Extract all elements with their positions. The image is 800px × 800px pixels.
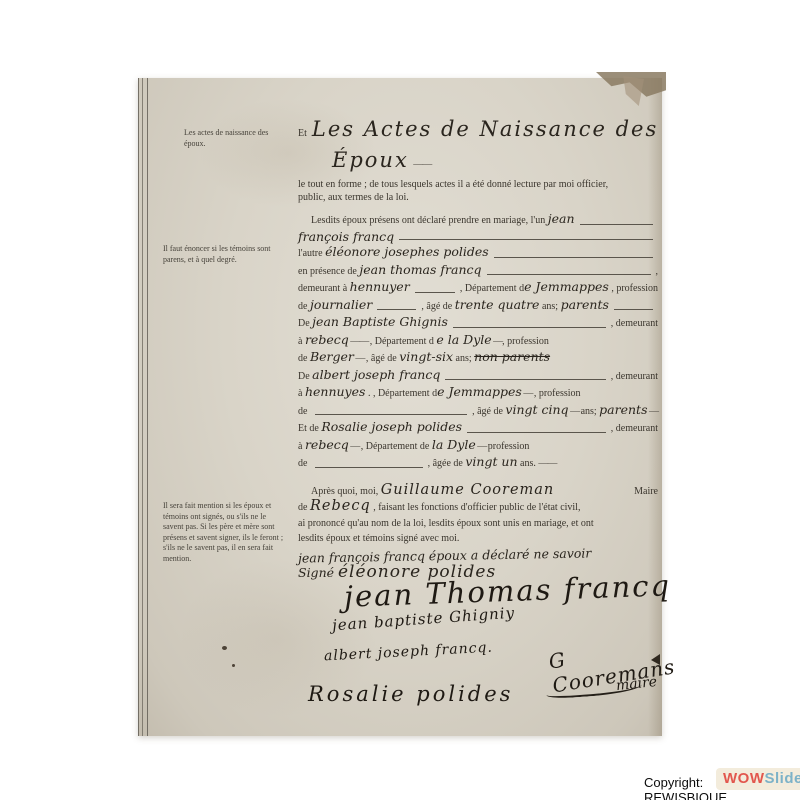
printed-text: l'autre [298,246,325,262]
printed-text: Et [298,121,312,147]
body-line: lesdits époux et témoins signé avec moi. [298,531,658,547]
handwritten-text: Guillaume Cooreman [381,483,555,499]
ink-speck [232,664,235,667]
header-line-1: Et Les Actes de Naissance des [298,116,658,147]
handwritten-text: jean thomas francq [359,262,481,278]
filler-dash: —— [409,152,432,178]
printed-text: , demeurant [611,421,658,437]
printed-text: , demeurant [611,316,658,332]
handwritten-text: rebecq [305,332,349,348]
body-line: de , âgé de vingt cinq — ans; parents — [298,402,658,420]
filler-dash: — [354,351,366,367]
printed-text: Maire [634,484,658,500]
printed-text: ans; [453,351,474,367]
handwritten-text: la Dyle [432,437,476,453]
printed-text: , âgée de [428,456,466,472]
printed-text: , profession [609,281,658,297]
printed-text: , faisant les fonctions d'officier publi… [371,500,581,516]
margin-note: Il sera fait mention si les époux et tém… [163,501,287,564]
filler-line [614,309,653,310]
margin-note: Les actes de naissance des époux. [184,128,274,149]
printed-text: , profession [502,334,549,350]
handwritten-text: albert joseph francq. [324,640,494,664]
body-line: françois francq [298,229,658,245]
filler-dash: — [349,439,361,455]
printed-text: Lesdits époux présens ont déclaré prendr… [311,213,548,229]
filler-dash: — [492,334,503,350]
margin-note: Il faut énoncer si les témoins sont pare… [163,244,285,265]
handwritten-text: e Jemmappes [524,279,609,295]
handwritten-text: jean [548,211,575,227]
printed-text: ans; [539,299,560,315]
printed-text: profession [488,439,530,455]
body-line: Et de Rosalie joseph polides, demeurant [298,419,658,437]
printed-text: de [298,404,310,420]
printed-text: , Département d [370,334,437,350]
filler-dash: — [522,386,534,402]
printed-text: le tout en forme ; de tous lesquels acte… [298,178,608,191]
filler-line [487,274,651,275]
copyright-text: Copyright: REWISBIQUE [644,775,727,800]
scanned-document: Les actes de naissance des époux.Il faut… [138,78,662,736]
printed-text: public, aux termes de la loi. [298,191,409,204]
filler-line [580,224,654,225]
document-lines: Et Les Actes de Naissance desÉpoux ——le … [298,116,658,715]
printed-text: à [298,386,305,402]
handwritten-text: journalier [310,297,372,313]
printed-text: à [298,334,305,350]
handwritten-text: trente quatre [455,297,540,313]
handwritten-text: jean Baptiste Ghignis [312,314,448,330]
binding-edge [138,78,150,736]
handwritten-text: Rebecq [310,499,371,515]
printed-text: De [298,316,312,332]
header-line-2: Époux —— [298,147,658,178]
filler-line [399,239,653,240]
filler-dash: — [476,439,488,455]
body-line: de , âgée de vingt un ans. —— [298,454,658,472]
handwritten-text: rebecq [305,437,349,453]
slideshow-frame: Les actes de naissance des époux.Il faut… [0,0,800,800]
wowslider-wow-text: WOW [723,770,764,787]
printed-text: Et de [298,421,321,437]
body-line: demeurant à hennuyer, Département de Jem… [298,279,658,297]
printed-text: , Département d [460,281,524,297]
handwritten-text: Rosalie joseph polides [321,419,462,435]
printed-text: , demeurant [611,369,658,385]
printed-text: à [298,439,305,455]
body-line: public, aux termes de la loi. [298,191,658,204]
printed-text: , profession [534,386,581,402]
printed-text: de [298,500,310,516]
filler-line [315,467,423,468]
hand-declaration: jean françois francq époux a déclaré ne … [298,547,658,564]
filler-line [315,414,467,415]
body-line: l'autre éléonore josephes polides [298,244,658,262]
handwritten-text: jean Thomas francq [344,578,671,605]
printed-text: , âgé de [366,351,399,367]
body-line: le tout en forme ; de tous lesquels acte… [298,178,658,191]
handwritten-text: Berger [310,349,354,365]
filler-line [453,327,606,328]
handwritten-text: hennuyes [305,384,365,400]
body-line: en présence de jean thomas francq, [298,262,658,280]
handwritten-text: Rosalie polides [308,687,513,703]
handwritten-text: Les Actes de Naissance des [312,116,658,142]
ink-speck [222,646,227,650]
filler-line [445,379,605,380]
handwritten-text: françois francq [298,229,394,245]
body-line: de journalier, âgé de trente quatre ans;… [298,297,658,315]
handwritten-text: e Jemmappes [437,384,522,400]
printed-text: , [656,264,659,280]
filler-dash: —— [538,456,556,472]
printed-text: ai prononcé qu'au nom de la loi, lesdits… [298,516,594,532]
printed-text: Après quoi, moi, [311,484,381,500]
filler-line [467,432,606,433]
body-line: De jean Baptiste Ghignis, demeurant [298,314,658,332]
handwritten-text: Époux [332,147,409,173]
printed-text: demeurant à [298,281,350,297]
printed-text: De [298,369,312,385]
filler-line [494,257,653,258]
filler-dash: — [648,404,659,420]
signature-jean-baptiste: jean baptiste Ghigniy [332,612,658,632]
body-line: de Berger — , âgé de vingt-six ans; non … [298,349,658,367]
printed-text: en présence de [298,264,359,280]
handwritten-text: vingt un [465,454,517,470]
printed-text: , âgé de [472,404,505,420]
printed-text: ans; [581,404,600,420]
printed-text: . , Département d [365,386,437,402]
body-line: Lesdits époux présens ont déclaré prendr… [298,211,658,229]
printed-text: lesdits époux et témoins signé avec moi. [298,531,459,547]
wowslider-slider-text: Slider [764,770,800,787]
handwritten-text: hennuyer [350,279,410,295]
body-line: à rebecq — , Département de la Dyle — pr… [298,437,658,455]
body-line: ai prononcé qu'au nom de la loi, lesdits… [298,516,658,532]
printed-text: , âgé de [421,299,454,315]
printed-text: , Département de [361,439,432,455]
printed-text: de [298,299,310,315]
filler-line [415,292,455,293]
wowslider-watermark[interactable]: WOWSlider [716,768,800,790]
printed-text: ans. [518,456,539,472]
handwritten-text: parents [561,297,609,313]
printed-text: de [298,351,310,367]
handwritten-text: albert joseph francq [312,367,440,383]
handwritten-text: vingt-six [399,349,453,365]
handwritten-text: non parents [474,349,550,365]
body-line: De albert joseph francq, demeurant [298,367,658,385]
handwritten-text: e la Dyle [436,332,491,348]
body-line: à rebecq —— , Département d e la Dyle —,… [298,332,658,350]
filler-dash: — [569,404,581,420]
body-line: de Rebecq , faisant les fonctions d'offi… [298,499,658,516]
filler-dash: —— [349,334,370,350]
filler-line [377,309,416,310]
handwritten-text: éléonore josephes polides [325,244,489,260]
printed-text: de [298,456,310,472]
body-line: Après quoi, moi, Guillaume CooremanMaire [298,483,658,500]
handwritten-text: parents [599,402,647,418]
handwritten-text: vingt cinq [505,402,568,418]
body-line: à hennuyes . , Département de Jemmappes … [298,384,658,402]
